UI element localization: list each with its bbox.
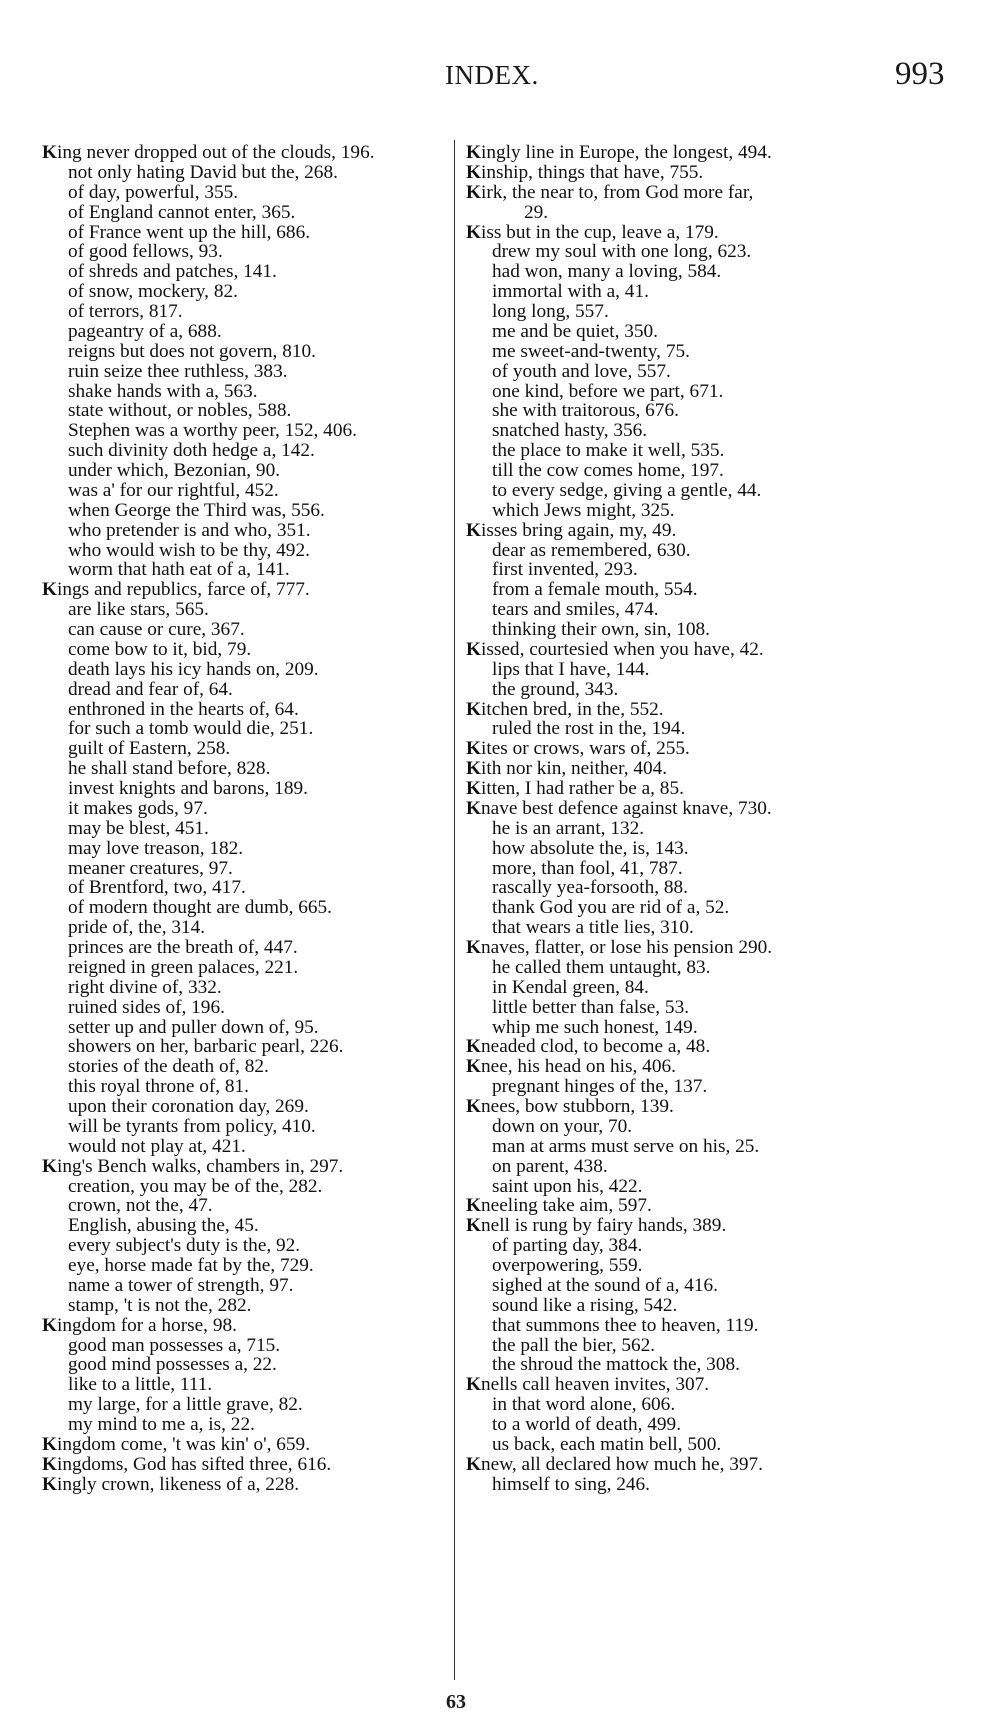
- index-entry-sub: enthroned in the hearts of, 64.: [42, 700, 452, 720]
- page-number: 993: [895, 56, 945, 93]
- index-entry-sub: she with traitorous, 676.: [466, 401, 966, 421]
- index-entry-sub: of snow, mockery, 82.: [42, 282, 452, 302]
- headword-initial: K: [466, 937, 481, 958]
- index-entry-sub: pride of, the, 314.: [42, 918, 452, 938]
- index-entry-sub: whip me such honest, 149.: [466, 1018, 966, 1038]
- index-entry-sub: of shreds and patches, 141.: [42, 262, 452, 282]
- index-entry-sub: of youth and love, 557.: [466, 362, 966, 382]
- column-divider: [454, 140, 455, 1680]
- index-entry-main: Kingdoms, God has sifted three, 616.: [42, 1455, 452, 1475]
- index-entry-main: Kingly line in Europe, the longest, 494.: [466, 143, 966, 163]
- index-entry-sub: that wears a title lies, 310.: [466, 918, 966, 938]
- index-entry-sub: man at arms must serve on his, 25.: [466, 1137, 966, 1157]
- headword-initial: K: [466, 1036, 481, 1057]
- index-entry-sub: meaner creatures, 97.: [42, 859, 452, 879]
- index-entry-sub: overpowering, 559.: [466, 1256, 966, 1276]
- headword-initial: K: [466, 520, 481, 541]
- index-entry-sub: my large, for a little grave, 82.: [42, 1395, 452, 1415]
- headword-initial: K: [466, 778, 481, 799]
- index-entry-main: Kites or crows, wars of, 255.: [466, 739, 966, 759]
- index-entry-sub: the shroud the mattock the, 308.: [466, 1355, 966, 1375]
- index-entry-sub: pageantry of a, 688.: [42, 322, 452, 342]
- index-entry-main: Kingdom come, 't was kin' o', 659.: [42, 1435, 452, 1455]
- index-entry-main: Kneeling take aim, 597.: [466, 1196, 966, 1216]
- index-entry-main: Kisses bring again, my, 49.: [466, 521, 966, 541]
- index-entry-sub: himself to sing, 246.: [466, 1475, 966, 1495]
- index-entry-sub: drew my soul with one long, 623.: [466, 242, 966, 262]
- index-entry-sub: are like stars, 565.: [42, 600, 452, 620]
- index-entry-sub: us back, each matin bell, 500.: [466, 1435, 966, 1455]
- index-entry-sub: on parent, 438.: [466, 1157, 966, 1177]
- index-entry-sub: my mind to me a, is, 22.: [42, 1415, 452, 1435]
- index-entry-sub: who would wish to be thy, 492.: [42, 541, 452, 561]
- index-column-right: Kingly line in Europe, the longest, 494.…: [466, 143, 966, 1495]
- index-entry-sub: the ground, 343.: [466, 680, 966, 700]
- index-entry-sub: of good fellows, 93.: [42, 242, 452, 262]
- index-entry-sub: of terrors, 817.: [42, 302, 452, 322]
- index-entry-sub: English, abusing the, 45.: [42, 1216, 452, 1236]
- index-entry-sub: pregnant hinges of the, 137.: [466, 1077, 966, 1097]
- headword-initial: K: [466, 798, 481, 819]
- index-entry-sub: in that word alone, 606.: [466, 1395, 966, 1415]
- index-entry-main: Kingly crown, likeness of a, 228.: [42, 1475, 452, 1495]
- index-entry-sub: lips that I have, 144.: [466, 660, 966, 680]
- index-entry-sub: eye, horse made fat by the, 729.: [42, 1256, 452, 1276]
- index-entry-sub: of France went up the hill, 686.: [42, 223, 452, 243]
- index-entry-sub: the pall the bier, 562.: [466, 1336, 966, 1356]
- index-entry-sub: state without, or nobles, 588.: [42, 401, 452, 421]
- index-entry-sub: good mind possesses a, 22.: [42, 1355, 452, 1375]
- headword-initial: K: [466, 639, 481, 660]
- headword-initial: K: [466, 699, 481, 720]
- headword-initial: K: [42, 1156, 57, 1177]
- index-entry-main: Kitchen bred, in the, 552.: [466, 700, 966, 720]
- index-entry-sub: saint upon his, 422.: [466, 1177, 966, 1197]
- index-entry-main: Kingdom for a horse, 98.: [42, 1316, 452, 1336]
- headword-initial: K: [466, 1215, 481, 1236]
- headword-initial: K: [42, 1315, 57, 1336]
- index-entry-sub: till the cow comes home, 197.: [466, 461, 966, 481]
- index-entry-sub: reigned in green palaces, 221.: [42, 958, 452, 978]
- index-entry-sub: which Jews might, 325.: [466, 501, 966, 521]
- index-entry-sub: every subject's duty is the, 92.: [42, 1236, 452, 1256]
- headword-initial: K: [466, 1374, 481, 1395]
- index-entry-main: Knew, all declared how much he, 397.: [466, 1455, 966, 1475]
- headword-initial: K: [466, 738, 481, 759]
- index-entry-sub: dear as remembered, 630.: [466, 541, 966, 561]
- headword-initial: K: [466, 1195, 481, 1216]
- index-entry-main: Kneaded clod, to become a, 48.: [466, 1037, 966, 1057]
- index-entry-sub: was a' for our rightful, 452.: [42, 481, 452, 501]
- index-entry-sub: this royal throne of, 81.: [42, 1077, 452, 1097]
- index-entry-sub: can cause or cure, 367.: [42, 620, 452, 640]
- index-entry-sub: would not play at, 421.: [42, 1137, 452, 1157]
- index-entry-sub: dread and fear of, 64.: [42, 680, 452, 700]
- index-entry-sub: who pretender is and who, 351.: [42, 521, 452, 541]
- index-entry-sub: he called them untaught, 83.: [466, 958, 966, 978]
- index-entry-main: Knaves, flatter, or lose his pension 290…: [466, 938, 966, 958]
- index-entry-sub: to every sedge, giving a gentle, 44.: [466, 481, 966, 501]
- index-entry-sub: thank God you are rid of a, 52.: [466, 898, 966, 918]
- index-entry-sub: stamp, 't is not the, 282.: [42, 1296, 452, 1316]
- index-entry-sub: such divinity doth hedge a, 142.: [42, 441, 452, 461]
- index-entry-sub: down on your, 70.: [466, 1117, 966, 1137]
- index-entry-sub: thinking their own, sin, 108.: [466, 620, 966, 640]
- index-entry-sub: one kind, before we part, 671.: [466, 382, 966, 402]
- index-entry-main: Knee, his head on his, 406.: [466, 1057, 966, 1077]
- index-entry-sub: good man possesses a, 715.: [42, 1336, 452, 1356]
- headword-initial: K: [42, 1434, 57, 1455]
- headword-initial: K: [42, 142, 57, 163]
- index-entry-sub: tears and smiles, 474.: [466, 600, 966, 620]
- index-entry-continuation: 29.: [466, 203, 966, 223]
- index-entry-sub: had won, many a loving, 584.: [466, 262, 966, 282]
- index-entry-sub: in Kendal green, 84.: [466, 978, 966, 998]
- index-entry-sub: ruined sides of, 196.: [42, 998, 452, 1018]
- index-entry-main: King's Bench walks, chambers in, 297.: [42, 1157, 452, 1177]
- headword-initial: K: [42, 1454, 57, 1475]
- index-entry-sub: Stephen was a worthy peer, 152, 406.: [42, 421, 452, 441]
- index-entry-sub: first invented, 293.: [466, 560, 966, 580]
- index-entry-sub: come bow to it, bid, 79.: [42, 640, 452, 660]
- index-entry-sub: snatched hasty, 356.: [466, 421, 966, 441]
- index-entry-main: Kissed, courtesied when you have, 42.: [466, 640, 966, 660]
- headword-initial: K: [42, 1474, 57, 1495]
- headword-initial: K: [466, 162, 481, 183]
- index-entry-sub: creation, you may be of the, 282.: [42, 1177, 452, 1197]
- index-column-left: King never dropped out of the clouds, 19…: [42, 143, 452, 1495]
- index-entry-sub: he is an arrant, 132.: [466, 819, 966, 839]
- index-entry-sub: how absolute the, is, 143.: [466, 839, 966, 859]
- headword-initial: K: [466, 1056, 481, 1077]
- index-entry-sub: more, than fool, 41, 787.: [466, 859, 966, 879]
- page-header: INDEX. 993: [0, 52, 1000, 102]
- index-entry-main: Knell is rung by fairy hands, 389.: [466, 1216, 966, 1236]
- index-entry-sub: of day, powerful, 355.: [42, 183, 452, 203]
- index-entry-sub: not only hating David but the, 268.: [42, 163, 452, 183]
- headword-initial: K: [466, 758, 481, 779]
- index-entry-main: Kitten, I had rather be a, 85.: [466, 779, 966, 799]
- index-entry-sub: right divine of, 332.: [42, 978, 452, 998]
- index-entry-main: King never dropped out of the clouds, 19…: [42, 143, 452, 163]
- index-entry-sub: ruin seize thee ruthless, 383.: [42, 362, 452, 382]
- index-entry-sub: of Brentford, two, 417.: [42, 878, 452, 898]
- running-title: INDEX.: [445, 60, 539, 91]
- index-entry-sub: worm that hath eat of a, 141.: [42, 560, 452, 580]
- index-entry-sub: princes are the breath of, 447.: [42, 938, 452, 958]
- index-entry-sub: guilt of Eastern, 258.: [42, 739, 452, 759]
- index-entry-sub: immortal with a, 41.: [466, 282, 966, 302]
- index-entry-sub: showers on her, barbaric pearl, 226.: [42, 1037, 452, 1057]
- index-entry-sub: little better than false, 53.: [466, 998, 966, 1018]
- signature-mark: 63: [446, 1691, 466, 1714]
- index-entry-sub: reigns but does not govern, 810.: [42, 342, 452, 362]
- index-entry-sub: setter up and puller down of, 95.: [42, 1018, 452, 1038]
- headword-initial: K: [466, 1096, 481, 1117]
- index-entry-sub: like to a little, 111.: [42, 1375, 452, 1395]
- index-entry-sub: long long, 557.: [466, 302, 966, 322]
- index-entry-sub: for such a tomb would die, 251.: [42, 719, 452, 739]
- index-entry-sub: death lays his icy hands on, 209.: [42, 660, 452, 680]
- index-entry-main: Knells call heaven invites, 307.: [466, 1375, 966, 1395]
- index-entry-sub: stories of the death of, 82.: [42, 1057, 452, 1077]
- index-entry-sub: of modern thought are dumb, 665.: [42, 898, 452, 918]
- index-entry-main: Kiss but in the cup, leave a, 179.: [466, 223, 966, 243]
- index-entry-sub: to a world of death, 499.: [466, 1415, 966, 1435]
- index-entry-sub: will be tyrants from policy, 410.: [42, 1117, 452, 1137]
- index-entry-main: Knees, bow stubborn, 139.: [466, 1097, 966, 1117]
- index-entry-sub: shake hands with a, 563.: [42, 382, 452, 402]
- index-entry-sub: from a female mouth, 554.: [466, 580, 966, 600]
- index-entry-sub: may be blest, 451.: [42, 819, 452, 839]
- index-entry-main: Knave best defence against knave, 730.: [466, 799, 966, 819]
- index-entry-sub: name a tower of strength, 97.: [42, 1276, 452, 1296]
- index-entry-sub: rascally yea-forsooth, 88.: [466, 878, 966, 898]
- index-entry-sub: upon their coronation day, 269.: [42, 1097, 452, 1117]
- index-entry-sub: that summons thee to heaven, 119.: [466, 1316, 966, 1336]
- index-entry-sub: sighed at the sound of a, 416.: [466, 1276, 966, 1296]
- index-entry-sub: under which, Bezonian, 90.: [42, 461, 452, 481]
- headword-initial: K: [466, 222, 481, 243]
- headword-initial: K: [466, 182, 481, 203]
- index-entry-main: Kith nor kin, neither, 404.: [466, 759, 966, 779]
- index-entry-sub: it makes gods, 97.: [42, 799, 452, 819]
- index-entry-main: Kinship, things that have, 755.: [466, 163, 966, 183]
- index-entry-main: Kirk, the near to, from God more far,: [466, 183, 966, 203]
- headword-initial: K: [42, 579, 57, 600]
- index-entry-sub: may love treason, 182.: [42, 839, 452, 859]
- index-entry-sub: of England cannot enter, 365.: [42, 203, 452, 223]
- headword-initial: K: [466, 1454, 481, 1475]
- index-entry-sub: sound like a rising, 542.: [466, 1296, 966, 1316]
- index-entry-sub: invest knights and barons, 189.: [42, 779, 452, 799]
- index-entry-sub: the place to make it well, 535.: [466, 441, 966, 461]
- index-entry-sub: me sweet-and-twenty, 75.: [466, 342, 966, 362]
- index-entry-main: Kings and republics, farce of, 777.: [42, 580, 452, 600]
- index-entry-sub: me and be quiet, 350.: [466, 322, 966, 342]
- index-entry-sub: he shall stand before, 828.: [42, 759, 452, 779]
- index-entry-sub: ruled the rost in the, 194.: [466, 719, 966, 739]
- index-entry-sub: of parting day, 384.: [466, 1236, 966, 1256]
- index-entry-sub: crown, not the, 47.: [42, 1196, 452, 1216]
- index-entry-sub: when George the Third was, 556.: [42, 501, 452, 521]
- headword-initial: K: [466, 142, 481, 163]
